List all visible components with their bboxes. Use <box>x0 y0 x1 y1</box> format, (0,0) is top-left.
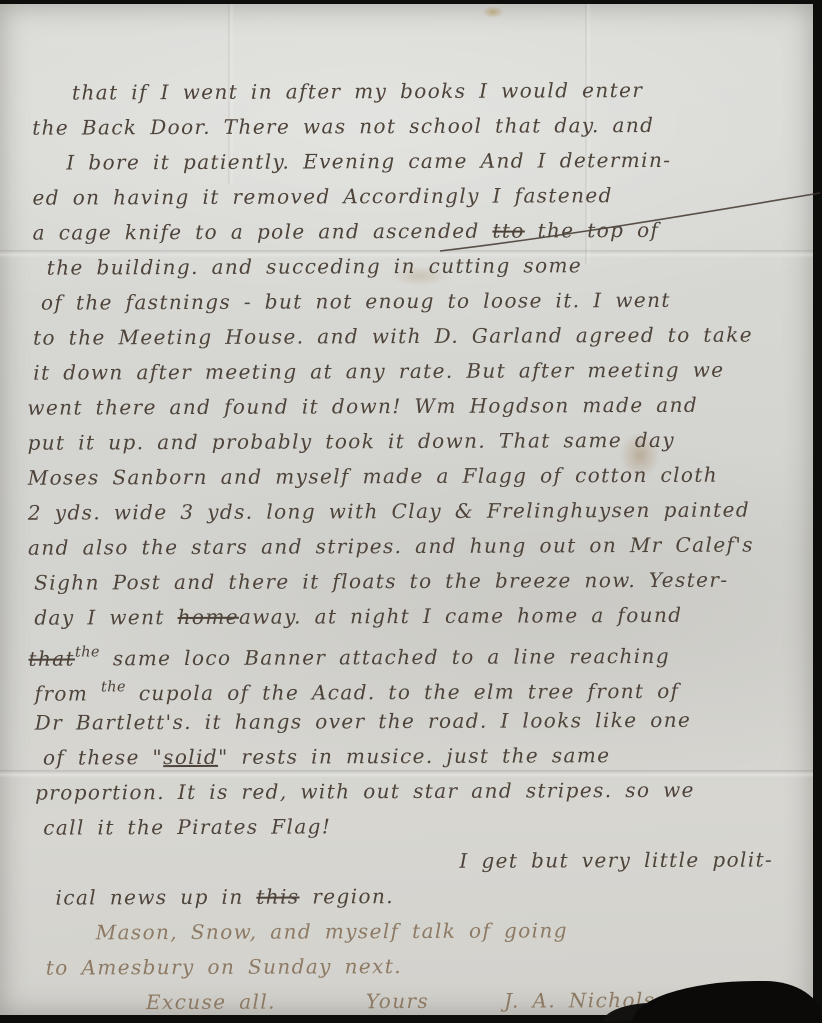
letter-line: I get but very little polit- <box>29 842 804 880</box>
underlined-text: solid <box>163 745 218 769</box>
letter-text: region. <box>299 884 394 908</box>
letter-line: the Back Door. There was not school that… <box>26 107 801 145</box>
letter-line: from the cupola of the Acad. to the elm … <box>29 667 804 705</box>
letter-line: the building. and succeding in cutting s… <box>27 247 802 285</box>
letter-text: Excuse all. <box>146 990 276 1015</box>
letter-text: cupola of the Acad. to the elm tree fron… <box>126 679 680 705</box>
inserted-text: the <box>75 644 100 660</box>
letter-line: I bore it patiently. Evening came And I … <box>26 142 801 180</box>
letter-text: and also the stars and stripes. and hung… <box>28 533 754 560</box>
paper-stain <box>482 6 504 18</box>
letter-text: Yours <box>366 989 429 1013</box>
letter-line: it down after meeting at any rate. But a… <box>27 352 802 390</box>
letter-text: put it up. and probably took it down. Th… <box>27 428 675 455</box>
letter-text: Mason, Snow, and myself talk of going <box>96 918 568 944</box>
letter-line: 2 yds. wide 3 yds. long with Clay & Frel… <box>28 492 803 530</box>
letter-line: that if I went in after my books I would… <box>26 72 801 110</box>
letter-text: the Back Door. There was not school that… <box>32 113 654 140</box>
letter-line: of these "solid" rests in musice. just t… <box>29 737 804 775</box>
letter-text: that if I went in after my books I would… <box>72 78 643 104</box>
letter-text: the building. and succeding in cutting s… <box>47 253 582 279</box>
letter-line: of the fastnings - but not enoug to loos… <box>27 282 802 320</box>
letter-text: I bore it patiently. Evening came And I … <box>66 148 671 175</box>
letter-line: a cage knife to a pole and ascended tto … <box>27 212 802 250</box>
letter-line: Dr Bartlett's. it hangs over the road. I… <box>29 702 804 740</box>
letter-body: that if I went in after my books I would… <box>26 72 805 1020</box>
inserted-text: the <box>101 679 126 695</box>
struck-text: tto <box>492 219 524 243</box>
letter-line: ed on having it removed Accordingly I fa… <box>26 177 801 215</box>
letter-text: it down after meeting at any rate. But a… <box>33 358 724 385</box>
letter-text: I get but very little polit- <box>459 847 773 872</box>
letter-text: 2 yds. wide 3 yds. long with Clay & Frel… <box>28 498 750 525</box>
struck-text: that <box>28 646 75 670</box>
struck-text: home <box>178 605 239 629</box>
letter-page: that if I went in after my books I would… <box>0 4 813 1015</box>
letter-line: and also the stars and stripes. and hung… <box>28 527 803 565</box>
letter-text: " rests in musice. just the same <box>218 743 611 769</box>
letter-text: call it the Pirates Flag! <box>43 814 331 839</box>
letter-line: ical news up in this region. <box>29 877 804 915</box>
letter-line: to Amesbury on Sunday next. <box>30 947 805 985</box>
scanned-letter: that if I went in after my books I would… <box>0 0 822 1023</box>
struck-text: this <box>256 885 299 909</box>
letter-line: to the Meeting House. and with D. Garlan… <box>27 317 802 355</box>
letter-text: went there and found it down! Wm Hogdson… <box>27 393 698 420</box>
letter-text: Moses Sanborn and myself made a Flagg of… <box>28 463 718 490</box>
letter-text: away. at night I came home a found <box>239 603 683 629</box>
letter-line: day I went homeaway. at night I came hom… <box>28 597 803 635</box>
letter-line: put it up. and probably took it down. Th… <box>27 422 802 460</box>
letter-text: ical news up in <box>55 885 256 910</box>
letter-text: ed on having it removed Accordingly I fa… <box>32 183 612 210</box>
letter-line: proportion. It is red, with out star and… <box>29 772 804 810</box>
letter-text: proportion. It is red, with out star and… <box>35 778 695 805</box>
letter-text: from <box>35 681 101 705</box>
letter-text: to the Meeting House. and with D. Garlan… <box>33 323 753 350</box>
letter-line: call it the Pirates Flag! <box>29 807 804 845</box>
letter-text: of the fastnings - but not enoug to loos… <box>41 288 671 315</box>
letter-text: Sighn Post and there it floats to the br… <box>34 568 728 595</box>
letter-text: a cage knife to a pole and ascended <box>33 219 493 245</box>
letter-text: to Amesbury on Sunday next. <box>46 954 402 980</box>
letter-line: Mason, Snow, and myself talk of going <box>30 912 805 950</box>
letter-text: day I went <box>34 605 177 630</box>
letter-text: Dr Bartlett's. it hangs over the road. I… <box>35 708 692 735</box>
letter-line: went there and found it down! Wm Hogdson… <box>27 387 802 425</box>
letter-line: Sighn Post and there it floats to the br… <box>28 562 803 600</box>
letter-line: Moses Sanborn and myself made a Flagg of… <box>28 457 803 495</box>
letter-line: thatthe same loco Banner attached to a l… <box>28 632 803 670</box>
letter-text: same loco Banner attached to a line reac… <box>100 644 670 670</box>
letter-text: the top of <box>525 218 660 243</box>
letter-text: of these " <box>43 745 163 770</box>
